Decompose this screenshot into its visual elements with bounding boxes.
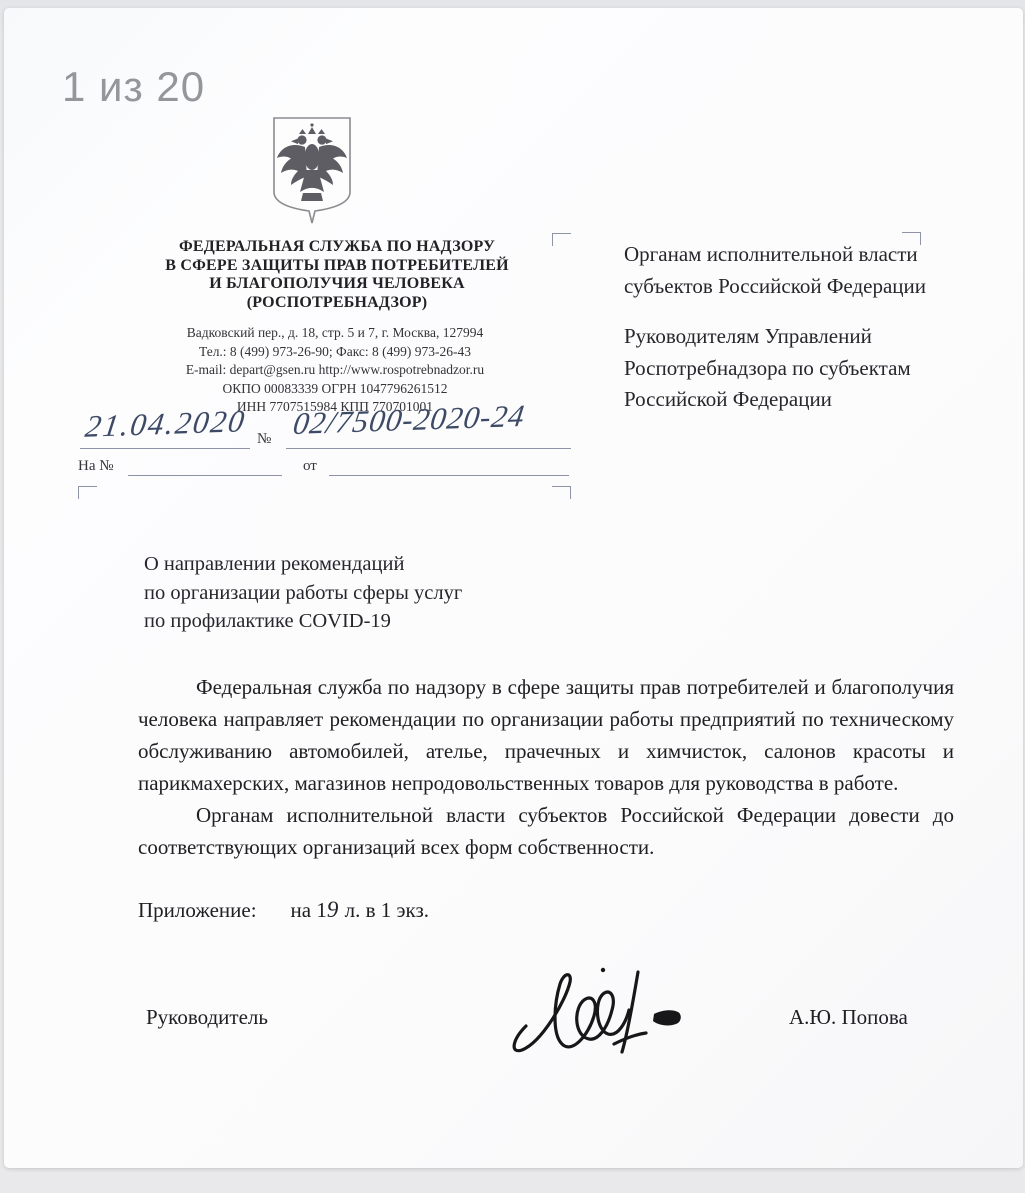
reply-number-underline (128, 475, 282, 476)
letter-body: Федеральная служба по надзору в сфере за… (138, 671, 954, 863)
subject-line: О направлении рекомендаций (144, 550, 462, 579)
reply-from-label: от (303, 458, 317, 475)
recipient-paragraph: Руководителям Управлений Роспотребнадзор… (624, 321, 929, 416)
subject-line: по профилактике COVID-19 (144, 607, 462, 636)
body-paragraph: Федеральная служба по надзору в сфере за… (138, 671, 954, 799)
document-page: 1 из 20 (4, 8, 1023, 1168)
subject-line: по организации работы сферы услуг (144, 579, 462, 608)
contact-line: ОКПО 00083339 ОГРН 1047796261512 (110, 380, 560, 399)
org-name-line: (РОСПОТРЕБНАДЗОР) (122, 294, 552, 313)
corner-mark-sender-right (552, 486, 571, 499)
contact-line: Вадковский пер., д. 18, стр. 5 и 7, г. М… (110, 324, 560, 343)
body-paragraph: Органам исполнительной власти субъектов … (138, 799, 954, 863)
signer-title: Руководитель (146, 1005, 268, 1030)
subject-block: О направлении рекомендаций по организаци… (144, 550, 462, 636)
handwritten-date: 21.04.2020 (83, 403, 248, 445)
viewer-background: 1 из 20 (0, 0, 1025, 1193)
handwritten-outgoing-number: 02/7500-2020-24 (291, 398, 528, 442)
attachment-handwritten-digit: 9 (327, 897, 340, 922)
recipient-paragraph: Органам исполнительной власти субъектов … (624, 239, 929, 302)
signature-mark-icon (496, 948, 706, 1073)
contact-line: Тел.: 8 (499) 973-26-90; Факс: 8 (499) 9… (110, 343, 560, 362)
page-counter: 1 из 20 (62, 63, 205, 111)
date-underline (80, 448, 250, 449)
attachment-label: Приложение: (138, 898, 257, 922)
number-sign-label: № (257, 431, 271, 448)
reply-from-underline (329, 475, 569, 476)
number-underline (286, 448, 571, 449)
org-name-line: ФЕДЕРАЛЬНАЯ СЛУЖБА ПО НАДЗОРУ (122, 238, 552, 257)
coat-of-arms-icon (265, 114, 359, 226)
signer-name: А.Ю. Попова (789, 1005, 908, 1030)
contact-line: E-mail: depart@gsen.ru http://www.rospot… (110, 361, 560, 380)
attachment-text-before: на 1 (291, 898, 327, 922)
attachment-text-after: л. в 1 экз. (339, 898, 429, 922)
letterhead-org-name: ФЕДЕРАЛЬНАЯ СЛУЖБА ПО НАДЗОРУ В СФЕРЕ ЗА… (122, 238, 552, 312)
org-name-line: В СФЕРЕ ЗАЩИТЫ ПРАВ ПОТРЕБИТЕЛЕЙ (122, 257, 552, 276)
corner-mark-recipient-left (552, 233, 571, 246)
recipient-block: Органам исполнительной власти субъектов … (624, 239, 929, 416)
corner-mark-sender-left (78, 486, 97, 499)
attachment-line: Приложение:на 19 л. в 1 экз. (138, 897, 429, 923)
org-name-line: И БЛАГОПОЛУЧИЯ ЧЕЛОВЕКА (122, 275, 552, 294)
reply-number-label: На № (78, 458, 114, 475)
